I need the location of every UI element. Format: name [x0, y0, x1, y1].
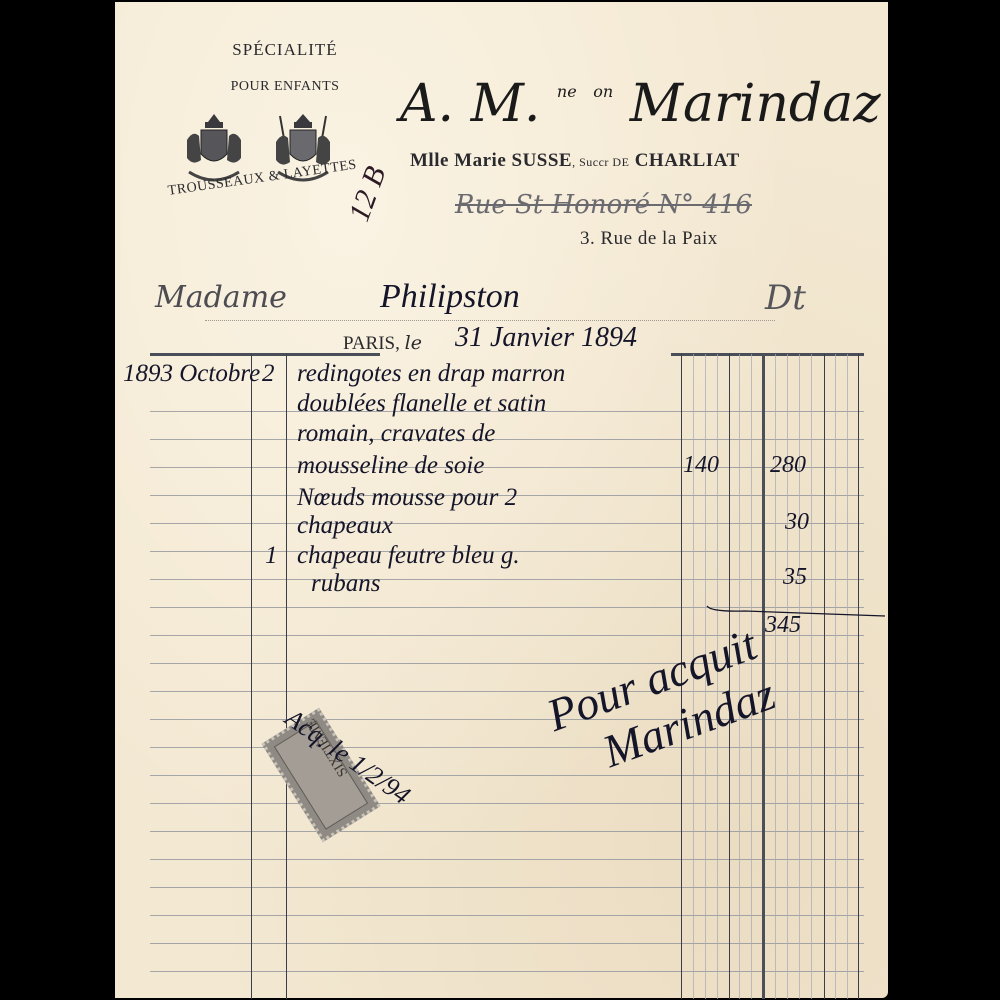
item-description: romain, cravates de — [297, 420, 495, 448]
specialty-subheading: POUR ENFANTS — [200, 79, 370, 95]
firm-prefix: A. M. — [400, 74, 540, 134]
date-le: le — [405, 332, 422, 354]
specialty-heading: SPÉCIALITÉ — [200, 40, 370, 60]
new-address: 3. Rue de la Paix — [580, 228, 718, 250]
old-address: Rue St Honoré N° 416 — [455, 190, 752, 220]
ruled-line — [150, 803, 864, 804]
debit-mark: Dt — [765, 278, 806, 318]
ruled-line — [150, 579, 864, 580]
ruled-line — [150, 467, 864, 468]
item-unit-price: 140 — [683, 452, 719, 479]
column-divider-qty — [286, 354, 287, 999]
ruled-line — [150, 635, 864, 636]
item-description: redingotes en drap marron — [297, 360, 565, 388]
successor-suffix: , Succr DE — [572, 155, 629, 169]
addressee-name: Philipston — [380, 278, 520, 316]
invoice-total: 345 — [765, 612, 801, 639]
ruling-top-left — [150, 353, 380, 356]
addressee-prefix: Madame — [155, 280, 287, 315]
ruled-line — [150, 523, 864, 524]
item-date: 1893 Octobre — [123, 360, 260, 388]
ruled-line — [150, 439, 864, 440]
item-total: 30 — [785, 509, 809, 536]
column-subdivider — [847, 354, 848, 999]
item-description: Nœuds mousse pour 2 — [297, 484, 517, 512]
addressee-underline — [205, 320, 775, 321]
item-total: 35 — [783, 564, 807, 591]
column-divider-date — [251, 354, 252, 999]
column-subdivider — [787, 354, 788, 999]
item-total: 280 — [770, 452, 806, 479]
ruled-line — [150, 747, 864, 748]
column-divider-total-cents — [824, 354, 825, 999]
invoice-paper: SPÉCIALITÉ POUR ENFANTS TROUSSEAUX & LAY… — [115, 2, 888, 998]
column-divider-end — [858, 354, 859, 999]
item-description: rubans — [311, 570, 380, 598]
item-description: mousseline de soie — [297, 452, 484, 480]
column-subdivider — [835, 354, 836, 999]
successor-line: Mlle Marie SUSSE, Succr DE CHARLIAT — [410, 150, 740, 172]
firm-prefix-sup: ne — [557, 82, 577, 101]
date-city: PARIS, — [343, 333, 400, 354]
column-subdivider — [811, 354, 812, 999]
ruled-line — [150, 859, 864, 860]
ruled-line — [150, 943, 864, 944]
date-printed: PARIS, le — [343, 332, 422, 355]
firm-prefix-sup: on — [593, 82, 613, 101]
item-qty: 1 — [265, 542, 278, 570]
ruled-line — [150, 887, 864, 888]
item-description: doublées flanelle et satin — [297, 390, 546, 418]
column-subdivider — [799, 354, 800, 999]
item-description: chapeau feutre bleu g. — [297, 542, 520, 570]
item-description: chapeaux — [297, 512, 393, 540]
signature: Pour acquit Marindaz — [540, 617, 782, 791]
ruled-line — [150, 971, 864, 972]
ruled-line — [150, 831, 864, 832]
predecessor-name: CHARLIAT — [635, 150, 740, 171]
ruled-line — [150, 775, 864, 776]
successor-name: Mlle Marie SUSSE — [410, 150, 572, 171]
item-qty: 2 — [262, 360, 275, 388]
column-subdivider — [775, 354, 776, 999]
firm-name: A. M. ne on Marindaz — [400, 74, 881, 134]
firm-name-text: Marindaz — [630, 74, 881, 134]
ruled-line — [150, 915, 864, 916]
date-handwritten: 31 Janvier 1894 — [455, 322, 637, 354]
